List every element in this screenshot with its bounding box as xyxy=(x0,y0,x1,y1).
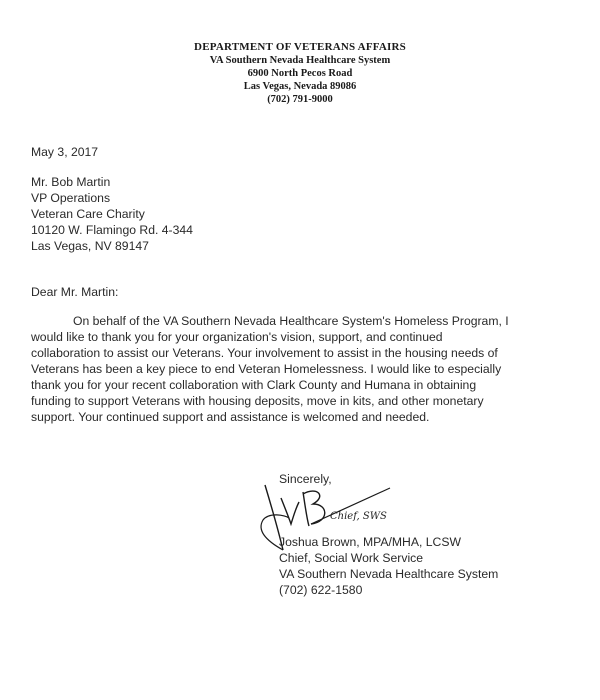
salutation: Dear Mr. Martin: xyxy=(31,285,118,299)
body-line: collaboration to assist our Veterans. Yo… xyxy=(31,345,591,361)
signature-note: Chief, SWS xyxy=(330,511,387,522)
body-line: funding to support Veterans with housing… xyxy=(31,393,591,409)
letterhead-street: 6900 North Pecos Road xyxy=(0,67,600,80)
signer-phone: (702) 622-1580 xyxy=(279,582,498,598)
letterhead-city: Las Vegas, Nevada 89086 xyxy=(0,80,600,93)
letterhead: DEPARTMENT OF VETERANS AFFAIRS VA Southe… xyxy=(0,41,600,106)
body-line: Veterans has been a key piece to end Vet… xyxy=(31,361,591,377)
letterhead-phone: (702) 791-9000 xyxy=(0,93,600,106)
body-line: On behalf of the VA Southern Nevada Heal… xyxy=(31,313,591,329)
letter-date: May 3, 2017 xyxy=(31,145,98,159)
letter-body: On behalf of the VA Southern Nevada Heal… xyxy=(31,313,591,425)
recipient-street: 10120 W. Flamingo Rd. 4-344 xyxy=(31,222,193,238)
recipient-organization: Veteran Care Charity xyxy=(31,206,193,222)
recipient-city: Las Vegas, NV 89147 xyxy=(31,238,193,254)
recipient-title: VP Operations xyxy=(31,190,193,206)
recipient-name: Mr. Bob Martin xyxy=(31,174,193,190)
signer-name: Joshua Brown, MPA/MHA, LCSW xyxy=(279,534,498,550)
body-line: support. Your continued support and assi… xyxy=(31,409,591,425)
letterhead-system: VA Southern Nevada Healthcare System xyxy=(0,54,600,67)
signer-title: Chief, Social Work Service xyxy=(279,550,498,566)
body-line: would like to thank you for your organiz… xyxy=(31,329,591,345)
signature-block: Joshua Brown, MPA/MHA, LCSW Chief, Socia… xyxy=(279,534,498,598)
recipient-address: Mr. Bob Martin VP Operations Veteran Car… xyxy=(31,174,193,254)
letterhead-department: DEPARTMENT OF VETERANS AFFAIRS xyxy=(0,41,600,54)
signer-organization: VA Southern Nevada Healthcare System xyxy=(279,566,498,582)
body-line: thank you for your recent collaboration … xyxy=(31,377,591,393)
